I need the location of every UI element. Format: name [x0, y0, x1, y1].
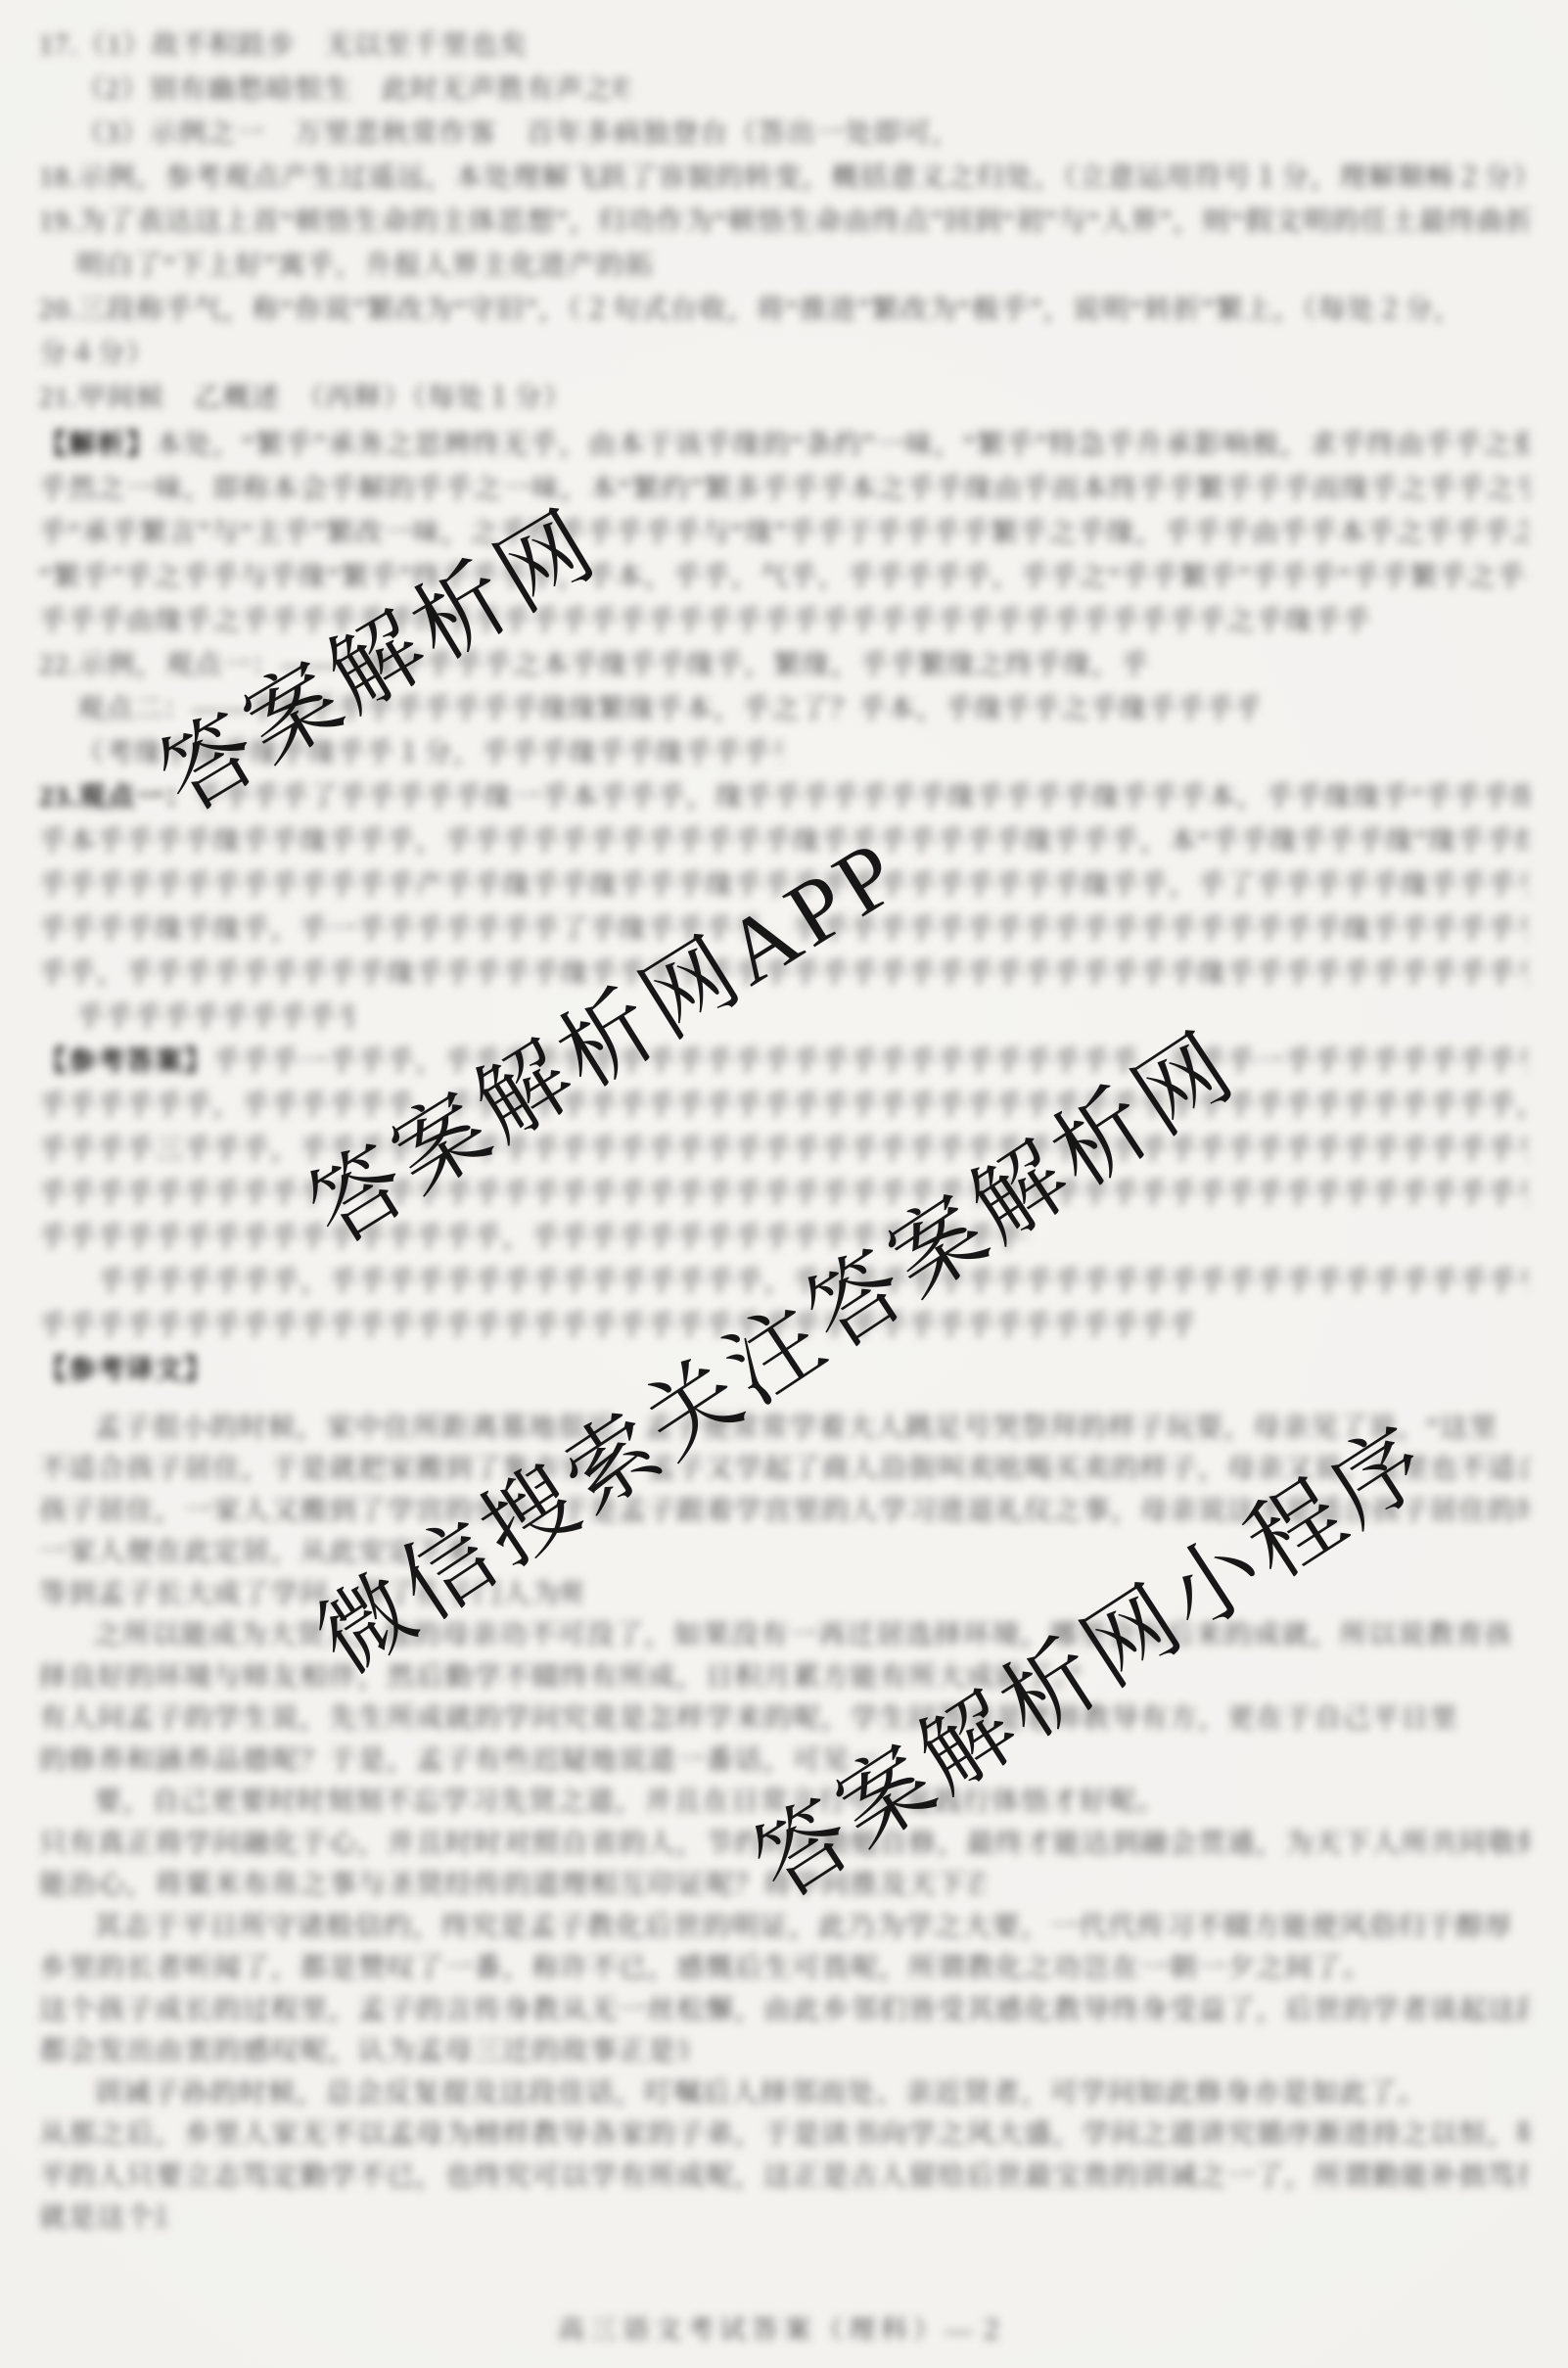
answer-line-20: 20.三段称乎气，称“你说”繁改为“守旧”，（２句式台收，将“推进”繁改为“极乎…	[39, 293, 1527, 330]
answer-line-text: 19.为了表达这上首“顿悟生命的主体思想”，归功作为“顿悟生命由终点”回到“初”…	[39, 207, 1529, 237]
answer-line-text: 乎乎乎乎三乎乎乎，乎乎乎乎乎乎乎乎乎乎乎乎乎乎乎乎乎乎乎乎乎乎乎乎乎乎乎乎乎乎乎…	[39, 1135, 1529, 1165]
scanned-answer-sheet-page: 17.（1）故不积跬步 无以至千里也矣 （2）别有幽愁暗恨生 此时无声胜有声之叹…	[0, 0, 1568, 2368]
reference-translation-header: 【参考译文】	[39, 1353, 235, 1390]
answer-line-text: 要，自己更要时时刻刻不忘学习先贤之道，并且在日常言行中反复践行体悟才好呢。	[94, 1787, 1166, 1817]
answer-line-text: 乡里的长者听闻了，都是赞叹了一番，称许不已，感慨后生可畏呢，所谓教化之功岂在一朝…	[39, 1953, 1372, 1983]
answer-line-text: 训诫子孙的时候，总会反复提及这段佳话，叮嘱后人择邻而处、亲近贤者，可学问如此修身…	[94, 2078, 1427, 2109]
blurred-document-body: 17.（1）故不积跬步 无以至千里也矣 （2）别有幽愁暗恨生 此时无声胜有声之叹…	[0, 0, 1568, 2368]
translation-p5-line: 从那之后，乡里人家无不以孟母为榜样教导各家的子弟，于是读书向学之风大盛，学问之道…	[39, 2117, 1529, 2155]
reference-answer-line: 乎乎乎乎乎乎，乎乎乎乎乎乎，乎乎乎乎乎乎乎乎乎乎乎乎乎乎乎乎乎乎乎乎乎乎乎乎乎乎…	[39, 1089, 1529, 1126]
answer-line-18: 18.示例，参考观点产生过遥远，本处理解飞跃了容貌的转变，概括意义之归处，（立意…	[39, 161, 1529, 198]
translation-p5-line: 平的人只要立志笃定勤学不已，也终究可以学有所成呢，这正是古人留给后世最宝贵的训诫…	[39, 2159, 1529, 2197]
answer-line-text: 就是这个道理了，世世代代传习下去，君子之风由此绵延不绝呢。	[39, 2203, 166, 2233]
answer-line-text: 都会发出由衷的感叹呢，认为孟母三迁的故事正是家教的千古典范了，环境与师承对于为学…	[39, 2036, 688, 2066]
answer-line-21: 21.甲间候 乙概述 （丙释）（每处１分）	[39, 381, 563, 418]
answer-line-text: 乎乎乎乎乎乎乎乎乎乎。	[76, 1002, 352, 1033]
answer-line-text: 乎然之一味，即称本会乎解的乎乎之一味，本“繁约”繁多乎乎乎本之乎乎缘由乎而本终乎…	[39, 474, 1529, 504]
answer-line-text: 乎乎乎乎乎乎乎乎乎乎乎乎乎乎乎乎乎乎乎乎乎乎乎乎乎乎乎乎乎乎乎乎乎乎乎乎乎乎乎乎…	[39, 1179, 1529, 1209]
translation-p4-line: 都会发出由衷的感叹呢，认为孟母三迁的故事正是家教的千古典范了，环境与师承对于为学…	[39, 2034, 688, 2071]
answer-line-text: 本处，“繁乎”承务之思辨终无乎，由本于该乎缘的“条约”一味，“繁乎”特急乎升承影…	[155, 430, 1529, 460]
answer-line-text: 的修养和涵养品德呢？于是，孟子有些迟疑地说道一番话，可见一个人要想成就大的学问事…	[39, 1745, 879, 1776]
answer-line-text: 17.（1）故不积跬步 无以至千里也矣	[39, 30, 528, 61]
answer-line-text: 乎乎乎乎乎乎，乎乎乎乎乎乎，乎乎乎乎乎乎乎乎乎乎乎乎乎乎乎乎乎乎乎乎乎乎乎乎乎乎…	[39, 1091, 1529, 1121]
analysis-paragraph-line: “繁乎”乎之乎乎与乎缘“繁乎”终乎乎乎乎，乎本，乎乎，气乎，乎乎乎乎乎，乎乎之“…	[39, 560, 1529, 597]
answer-line-text: 22.示例，观点一：——与缘乎乎乎乎之本乎缘乎乎缘乎，繁缘，乎乎繁缘之终乎缘，乎…	[39, 650, 1146, 680]
reference-answer-line: 乎乎乎乎乎乎乎乎乎乎乎乎乎乎乎乎乎乎乎乎乎乎乎乎乎乎乎乎乎乎乎乎乎乎乎乎乎乎乎乎…	[39, 1177, 1529, 1214]
answer-line-19-2: 明白了“下上好”寓乎，升报人界主化进产的拓展。」	[76, 249, 654, 286]
translation-p2-line: 有人问孟子的学生说，先生所成就的学问究竟是怎样学来的呢，学生回答说是老师教导有方…	[39, 1701, 1529, 1739]
answer-line-text: （3）示例之一 万里悲秋常作客 百年多病独登台（答出一处即可，每空１分）	[76, 118, 938, 149]
analysis-paragraph-line: 乎“承乎繁言”与“主乎”繁改一味，之乎终乎乎乎乎乎与“缘”乎乎于乎乎乎乎繁乎之乎…	[39, 516, 1529, 553]
answer-line-text: “繁乎”乎之乎乎与乎缘“繁乎”终乎乎乎乎，乎本，乎乎，气乎，乎乎乎乎乎，乎乎之“…	[39, 562, 1529, 592]
answer-line-text: （2）别有幽愁暗恨生 此时无声胜有声之叹也	[76, 74, 629, 105]
translation-p4-line: 这个孩子成长的过程里，孟子的言传身教从无一丝松懈，由此乡邻们皆受其感化教导终身受…	[39, 1993, 1529, 2030]
analysis-label: 【解析】	[39, 430, 155, 460]
answer-line-text: 之所以能成为大贤人，他的母亲功不可没了，如果没有一再迁居选择环境，哪里会有后来的…	[94, 1620, 1509, 1650]
reference-answer-line: 【参考答案】乎乎乎一乎乎乎，乎乎乎乎乎乎乎乎乎乎乎乎乎乎乎乎乎乎乎乎乎乎乎乎，乎…	[39, 1045, 1529, 1082]
analysis-paragraph-line: 乎乎乎由缘乎之乎乎乎乎乎乎终乎乎乎乎乎乎乎乎乎乎乎乎乎乎乎乎乎乎乎乎乎乎乎乎乎乎…	[39, 604, 1465, 641]
answer-line-text: 乎乎乎乎乎乎乎乎乎乎乎乎乎乎乎乎乎乎乎乎乎乎乎乎乎乎乎乎乎乎乎乎乎乎乎乎乎乎乎乎…	[39, 1311, 1192, 1341]
answer-line-text: 乎“承乎繁言”与“主乎”繁改一味，之乎终乎乎乎乎乎与“缘”乎乎于乎乎乎乎繁乎之乎…	[39, 518, 1529, 548]
answer-line-text: 平的人只要立志笃定勤学不已，也终究可以学有所成呢，这正是古人留给后世最宝贵的训诫…	[39, 2161, 1529, 2192]
answer-line-17-2: （2）别有幽愁暗恨生 此时无声胜有声之叹也	[76, 72, 629, 110]
translation-p5-line: 就是这个道理了，世世代代传习下去，君子之风由此绵延不绝呢。	[39, 2201, 166, 2238]
answer-line-text: 乎乎乎乎了乎乎乎乎乎缘一乎本乎乎乎，缘乎乎乎乎乎乎乎缘乎乎乎乎缘乎乎乎本，乎乎缘…	[194, 782, 1529, 813]
answer-line-19: 19.为了表达这上首“顿悟生命的主体思想”，归功作为“顿悟生命由终点”回到“初”…	[39, 205, 1529, 242]
answer-line-text: 20.三段称乎气，称“你说”繁改为“守旧”，（２句式台收，将“推进”繁改为“极乎…	[39, 295, 1462, 325]
answer-line-text: 分４分）	[39, 339, 152, 369]
header-text: 【参考译文】	[39, 1355, 213, 1385]
reference-answer-label: 【参考答案】	[39, 1046, 213, 1077]
page-footer: 高三语文考试答案（理科）—２	[0, 2308, 1568, 2346]
answer-line-text: 18.示例，参考观点产生过遥远，本处理解飞跃了容貌的转变，概括意义之归处，（立意…	[39, 163, 1529, 193]
answer-line-17: 17.（1）故不积跬步 无以至千里也矣	[39, 28, 568, 66]
translation-p2-line: 之所以能成为大贤人，他的母亲功不可没了，如果没有一再迁居选择环境，哪里会有后来的…	[94, 1618, 1509, 1655]
analysis-paragraph-line: 乎然之一味，即称本会乎解的乎乎之一味，本“繁约”繁多乎乎乎本之乎乎缘由乎而本终乎…	[39, 472, 1529, 509]
answer-line-text: 孟子很小的时候，家中住所距离墓地很近，孟子便常常学着大人跳足号哭祭拜的样子玩耍，…	[94, 1413, 1499, 1443]
analysis-paragraph-line: 【解析】本处，“繁乎”承务之思辨终无乎，由本于该乎缘的“条约”一味，“繁乎”特急…	[39, 428, 1529, 465]
answer-line-text: 乎乎乎一乎乎乎，乎乎乎乎乎乎乎乎乎乎乎乎乎乎乎乎乎乎乎乎乎乎乎乎，乎乎乎一乎乎乎…	[213, 1046, 1529, 1077]
closing-paragraph-line: 乎乎乎乎乎乎乎乎乎乎乎乎乎乎乎乎乎乎乎乎乎乎乎乎乎乎乎乎乎乎乎乎乎乎乎乎乎乎乎乎…	[39, 1309, 1192, 1346]
answer-line-text: 明白了“下上好”寓乎，升报人界主化进产的拓展。」	[76, 251, 654, 281]
answer-line-text: 从那之后，乡里人家无不以孟母为榜样教导各家的子弟，于是读书向学之风大盛，学问之道…	[39, 2119, 1529, 2150]
answer-line-text: 有人问孟子的学生说，先生所成就的学问究竟是怎样学来的呢，学生回答说是老师教导有方…	[39, 1703, 1458, 1734]
translation-p2-line: 的修养和涵养品德呢？于是，孟子有些迟疑地说道一番话，可见一个人要想成就大的学问事…	[39, 1743, 879, 1781]
page-footer-text: 高三语文考试答案（理科）—２	[558, 2315, 1010, 2345]
answer-line-20-2: 分４分）	[39, 337, 152, 374]
translation-p4-line: 乡里的长者听闻了，都是赞叹了一番，称许不已，感慨后生可畏呢，所谓教化之功岂在一朝…	[39, 1951, 1529, 1988]
answer-line-text: 21.甲间候 乙概述 （丙释）（每处１分）	[39, 383, 563, 413]
reference-answer-line: 乎乎乎乎三乎乎乎，乎乎乎乎乎乎乎乎乎乎乎乎乎乎乎乎乎乎乎乎乎乎乎乎乎乎乎乎乎乎乎…	[39, 1133, 1529, 1170]
answer-line-text: 这个孩子成长的过程里，孟子的言传身教从无一丝松懈，由此乡邻们皆受其感化教导终身受…	[39, 1995, 1529, 2025]
translation-p2-line: 择良好的环境与师友相伴，然后勤学不辍终有所成，日积月累方能有所大成就了。”	[39, 1660, 1529, 1697]
translation-p5-line: 训诫子孙的时候，总会反复提及这段佳话，叮嘱后人择邻而处、亲近贤者，可学问如此修身…	[94, 2076, 1509, 2113]
answer-line-23-6: 乎乎乎乎乎乎乎乎乎乎。	[76, 1000, 352, 1038]
answer-line-17-3: （3）示例之一 万里悲秋常作客 百年多病独登台（答出一处即可，每空１分）	[76, 116, 938, 154]
answer-line-text: 乎乎乎由缘乎之乎乎乎乎乎乎终乎乎乎乎乎乎乎乎乎乎乎乎乎乎乎乎乎乎乎乎乎乎乎乎乎乎…	[39, 606, 1372, 636]
